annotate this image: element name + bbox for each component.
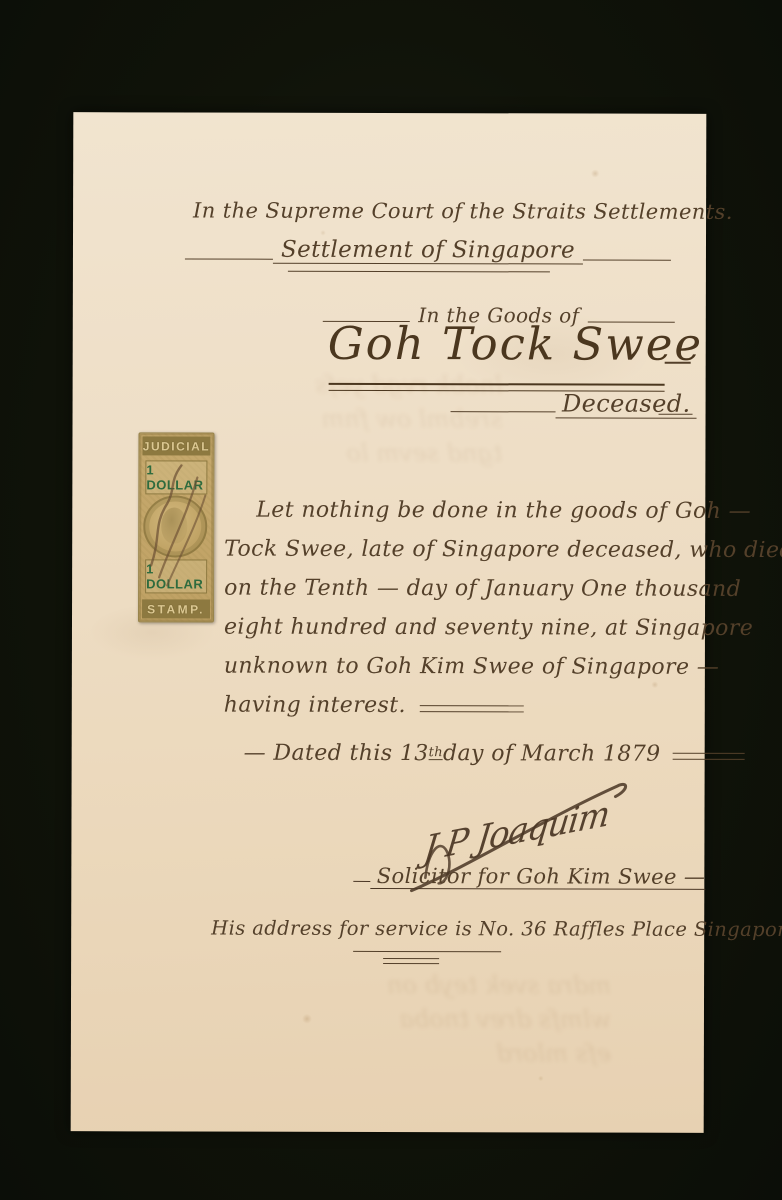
rule-left bbox=[353, 881, 370, 882]
flourish-double-rule bbox=[673, 753, 745, 760]
court-heading: In the Supreme Court of the Straits Sett… bbox=[193, 198, 673, 223]
dated-ordinal: th bbox=[429, 746, 443, 760]
body-line: on the Tenth — day of January One thousa… bbox=[224, 562, 724, 602]
pen-dash bbox=[659, 414, 693, 415]
address-underline bbox=[353, 951, 501, 952]
body-line-text: Tock Swee, late of Singapore deceased, w… bbox=[224, 537, 782, 563]
signature-role: Solicitor for Goh Kim Swee — bbox=[371, 864, 706, 890]
body-line: eight hundred and seventy nine, at Singa… bbox=[224, 601, 724, 641]
pen-dash bbox=[665, 362, 691, 364]
solicitor-row: Solicitor for Goh Kim Swee — bbox=[353, 864, 705, 890]
judicial-stamp: JUDICIAL 1 DOLLAR 1 DOLLAR STAMP. bbox=[138, 432, 214, 622]
body-line-text: Let nothing be done in the goods of Goh … bbox=[256, 498, 751, 524]
settlement-row: Settlement of Singapore bbox=[185, 236, 671, 264]
rule-left bbox=[451, 411, 556, 412]
dated-prefix: — Dated this 13 bbox=[244, 741, 429, 766]
body-line: having interest. bbox=[224, 679, 724, 719]
settlement-heading: Settlement of Singapore bbox=[273, 237, 583, 265]
body-line: Tock Swee, late of Singapore deceased, w… bbox=[224, 523, 724, 563]
flourish-double-rule bbox=[420, 705, 524, 712]
ink-bleedthrough-bottom: mdra svek teyb onwlmfs drev tnobaefs mlo… bbox=[211, 968, 611, 1079]
rule-right bbox=[583, 260, 671, 261]
address-double-mark bbox=[383, 958, 439, 964]
dated-line: — Dated this 13th day of March 1879 bbox=[244, 741, 745, 767]
body-line-text: on the Tenth — day of January One thousa… bbox=[224, 576, 741, 602]
pen-cancellation-scribble bbox=[139, 433, 213, 621]
document-photo: lnobk rvgd yefssrebml ow fnmtgnd sevm lo… bbox=[0, 0, 782, 1200]
address-for-service: His address for service is No. 36 Raffle… bbox=[211, 917, 711, 941]
body-line: unknown to Goh Kim Swee of Singapore — bbox=[224, 640, 724, 680]
body-line-text: eight hundred and seventy nine, at Singa… bbox=[224, 615, 753, 641]
dated-suffix: day of March 1879 bbox=[443, 741, 661, 767]
body-line-text: unknown to Goh Kim Swee of Singapore — bbox=[224, 654, 719, 680]
paper-sheet: lnobk rvgd yefssrebml ow fnmtgnd sevm lo… bbox=[71, 112, 707, 1133]
body-paragraph: Let nothing be done in the goods of Goh … bbox=[224, 484, 725, 719]
deceased-name: Goh Tock Swee bbox=[328, 317, 673, 371]
body-line: Let nothing be done in the goods of Goh … bbox=[224, 484, 724, 524]
settlement-double-underline bbox=[288, 271, 550, 273]
rule-left bbox=[185, 258, 273, 259]
body-line-text: having interest. bbox=[224, 693, 406, 718]
